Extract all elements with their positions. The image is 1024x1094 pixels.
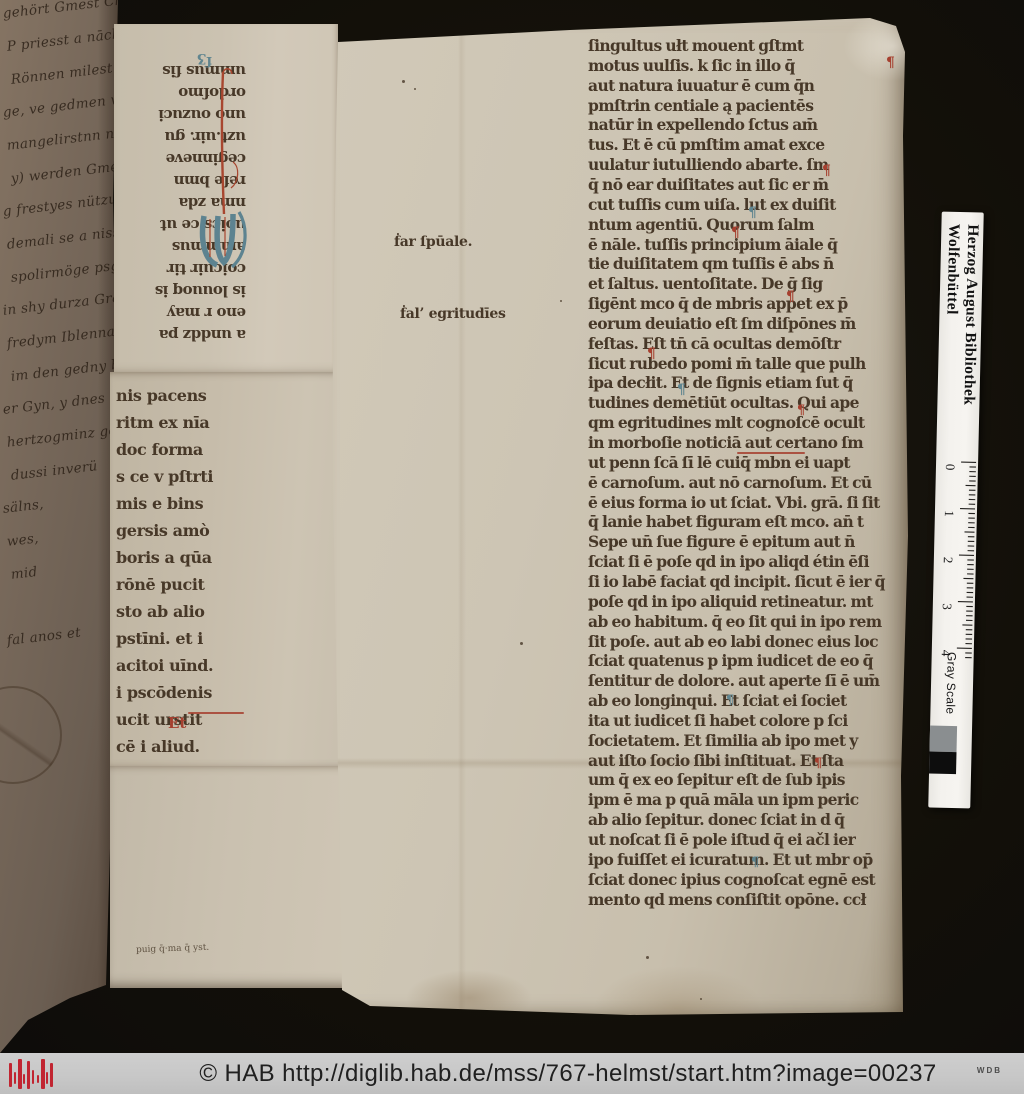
library-name-line2: Wolfenbüttel [943,224,962,315]
cursive-text-line: fal anos et [6,625,82,649]
cursive-text-line: sälns, [2,496,45,517]
main-manuscript-leaf: ḟar ſpūale. ḟal’ egritudīes ſingultus uł… [330,16,910,1018]
gothic-text-line: nis pacens [116,386,206,405]
fragment-text-column: nis pacensritm ex nīadoc formas ce v pſt… [116,380,316,766]
gothic-text-line: feſtas. Eſt tn̄ cā ocultas demōſtr [588,334,841,353]
gothic-text-line: motus uulſis. k ſic in illo q̄ [588,56,795,75]
library-name-line1: Herzog August Bibliothek [960,224,981,405]
facing-page: gehört Gmest Chorlen deloP priesst a nāc… [0,0,124,1053]
gothic-text-line: ipo fuiſſet ei icuratum. Et ut mbr op̄ [588,850,873,869]
gothic-text-line: s ce v pſtrti [116,467,213,486]
copyright-url-text: © HAB http://diglib.hab.de/mss/767-helms… [0,1053,1024,1094]
gothic-text-line: cē i aliud. [116,737,200,756]
gothic-text-line: eorum deuiatio eſt ſm diſpōnes m̄ [588,314,856,333]
ruler-icon: 01234 [932,460,979,661]
gothic-text-line: qm egritudines mlt cognoſcē ocult [588,413,865,432]
gothic-text-line: ē nāle. tuſſis principium āiale q̄ [588,235,837,254]
gothic-text-line: boris a qūa [116,548,212,567]
gothic-text-line: ſciat ſi ē poſe qd in ipo aliqd étin ēſi [588,552,869,571]
gothic-text-line: a unddz pa [159,326,246,344]
gothic-text-line: gersis amò [116,521,209,540]
gothic-text-line: ſciat quatenus p ipm iudicet de eo q̄ [588,651,873,670]
main-text-column: ſingultus ułt mouent gſtmtmotus uulſis. … [588,36,918,936]
black-patch [929,751,956,774]
gothic-text-line: tudines demētiūt ocultas. Qui ape [588,393,859,412]
gothic-text-line: in morboſie noticiā aut certano ſm [588,433,863,452]
gothic-text-line: ſi io labē faciat qd incipit. ſicut ē ie… [588,572,885,591]
gothic-text-line: i pscōdenis [116,683,212,702]
gothic-text-line: pstīni. et i [116,629,203,648]
gothic-text-line: tus. Et ē cū pmſtim amat exce [588,135,824,154]
gothic-text-line: q̄ nō ear duiſitates aut ſic er m̄ [588,175,829,194]
gothic-text-line: acitoi uīnd. [116,656,213,675]
gothic-text-line: natūr in expellendo ſctus am̄ [588,115,817,134]
gothic-text-line: ē carnoſum. aut nō carnoſum. Et cū [588,473,872,492]
gothic-text-line: ſicut rubedo pomi m̄ talle que pulh [588,354,866,373]
gothic-text-line: ritm ex nīa [116,413,209,432]
margin-note-2: ḟal’ egritudīes [400,306,506,322]
svg-text:1: 1 [942,510,957,517]
gothic-text-line: ut noſcat ſi ē pole iſtud q̄ ei ačl ier [588,830,855,849]
gothic-text-line: Sepe un̄ ſue figure ē epitum aut n̄ [588,532,855,551]
gothic-text-line: um q̄ ex eo ſepitur eſt de ſub ipis [588,770,845,789]
gothic-text-line: ucit urstit [116,710,202,729]
fragment-leaf-middle: nis pacensritm ex nīadoc formas ce v pſt… [110,372,348,768]
gothic-text-line: ntum agentiū. Quorum ſalm [588,215,814,234]
svg-text:0: 0 [943,464,958,471]
gothic-text-line: eno r may [167,304,246,322]
gothic-text-line: ſit poſe. aut ab eo labi donec eius loc [588,632,878,651]
photograph-area: gehört Gmest Chorlen deloP priesst a nāc… [0,0,1024,1053]
gothic-text-line: ipm ē ma p quā māla un ipm peric [588,790,859,809]
gothic-text-line: ita ut iudicet ſi habet colore p ſci [588,711,848,730]
gray-patch [930,725,958,752]
caption-bar: © HAB http://diglib.hab.de/mss/767-helms… [0,1053,1024,1094]
gothic-text-line: poſe qd in ipo aliquid retineatur. mt [588,592,873,611]
gothic-text-line: ſciat donec ipius cognoſcat egnē est [588,870,875,889]
fragment-leaf-top: a unddz paeno r mayis louuoq iscoicuir t… [114,24,338,374]
gray-scale-label: Gray Scale [943,652,958,715]
gothic-text-line: ipa decłit. Et de ſignis etiam ſut q̄ [588,373,853,392]
gothic-text-line: ab eo longinqui. Et ſciat ei ſociet [588,691,847,710]
cursive-text-line: wes, [6,530,40,550]
digitized-manuscript-page: gehört Gmest Chorlen deloP priesst a nāc… [0,0,1024,1094]
gothic-text-line: tie duiſitatem qm tuſſis ē abs n̄ [588,254,834,273]
gothic-text-line: mis e bins [116,494,203,513]
gothic-text-line: q̄ lanie habet figuram eſt mco. an̄ t [588,512,863,531]
gothic-text-line: ſentitur de dolore. aut aperte ſī ē um̄ [588,671,879,690]
gothic-text-line: doc forma [116,440,203,459]
penwork-initial [192,64,254,292]
gothic-text-line: ē eius forma io ut ſciat. Vbi. grā. ſi ſ… [588,493,880,512]
gothic-text-line: ab alio ſepitur. donec ſciat in d q̄ [588,810,844,829]
cursive-text-line: mid [10,564,38,583]
gothic-text-line: ab eo habitum. q̄ eo ſit qui in ipo rem [588,612,882,631]
gothic-text-line: rōnē pucit [116,575,205,594]
gothic-text-line: mento qd mens conſiſtit opōne. ccł [588,890,866,909]
gothic-text-line: sto ab alio [116,602,205,621]
gothic-text-line: cut tuſſis cum uiſa. lut ex duiſit [588,195,836,214]
gothic-text-line: ſingultus ułt mouent gſtmt [588,36,803,55]
calibration-strip: Herzog August Bibliothek Wolfenbüttel 01… [928,212,984,809]
svg-text:2: 2 [941,557,956,564]
gothic-text-line: uulatur iutulliendo abarte. ſm [588,155,828,174]
gothic-text-line: ſigēnt mco q̄ de mbris appet ex p̄ [588,294,848,313]
fragment-leaf-bottom: puig q̄·ma q̄ yst. [110,766,352,988]
penwork-initial-icon [192,64,254,292]
cursive-annotation: puig q̄·ma q̄ yst. [136,943,210,956]
margin-note-1: ḟar ſpūale. [394,234,472,250]
library-name: Herzog August Bibliothek Wolfenbüttel [937,224,982,455]
svg-text:3: 3 [940,603,955,610]
cursive-text-line: dussi inverü [10,458,98,484]
gothic-text-line: pmſtrin centiale ą pacientēs [588,96,813,115]
gothic-text-line: aut natura iuuatur ē cum q̄n [588,76,814,95]
gothic-text-line: ut penn ſcā ſī lē cuiq̄ mbn ei uapt [588,453,850,472]
wdb-watermark: WDB [977,1066,1002,1075]
gothic-text-line: aut iſto ſocio ſibi inſtituat. Et ſta [588,751,843,770]
gothic-text-line: et ſaltus. uentoſitate. De ḡ ſig [588,274,823,293]
gothic-text-line: ſocietatem. Et ſimilia ab ipo met y [588,731,858,750]
